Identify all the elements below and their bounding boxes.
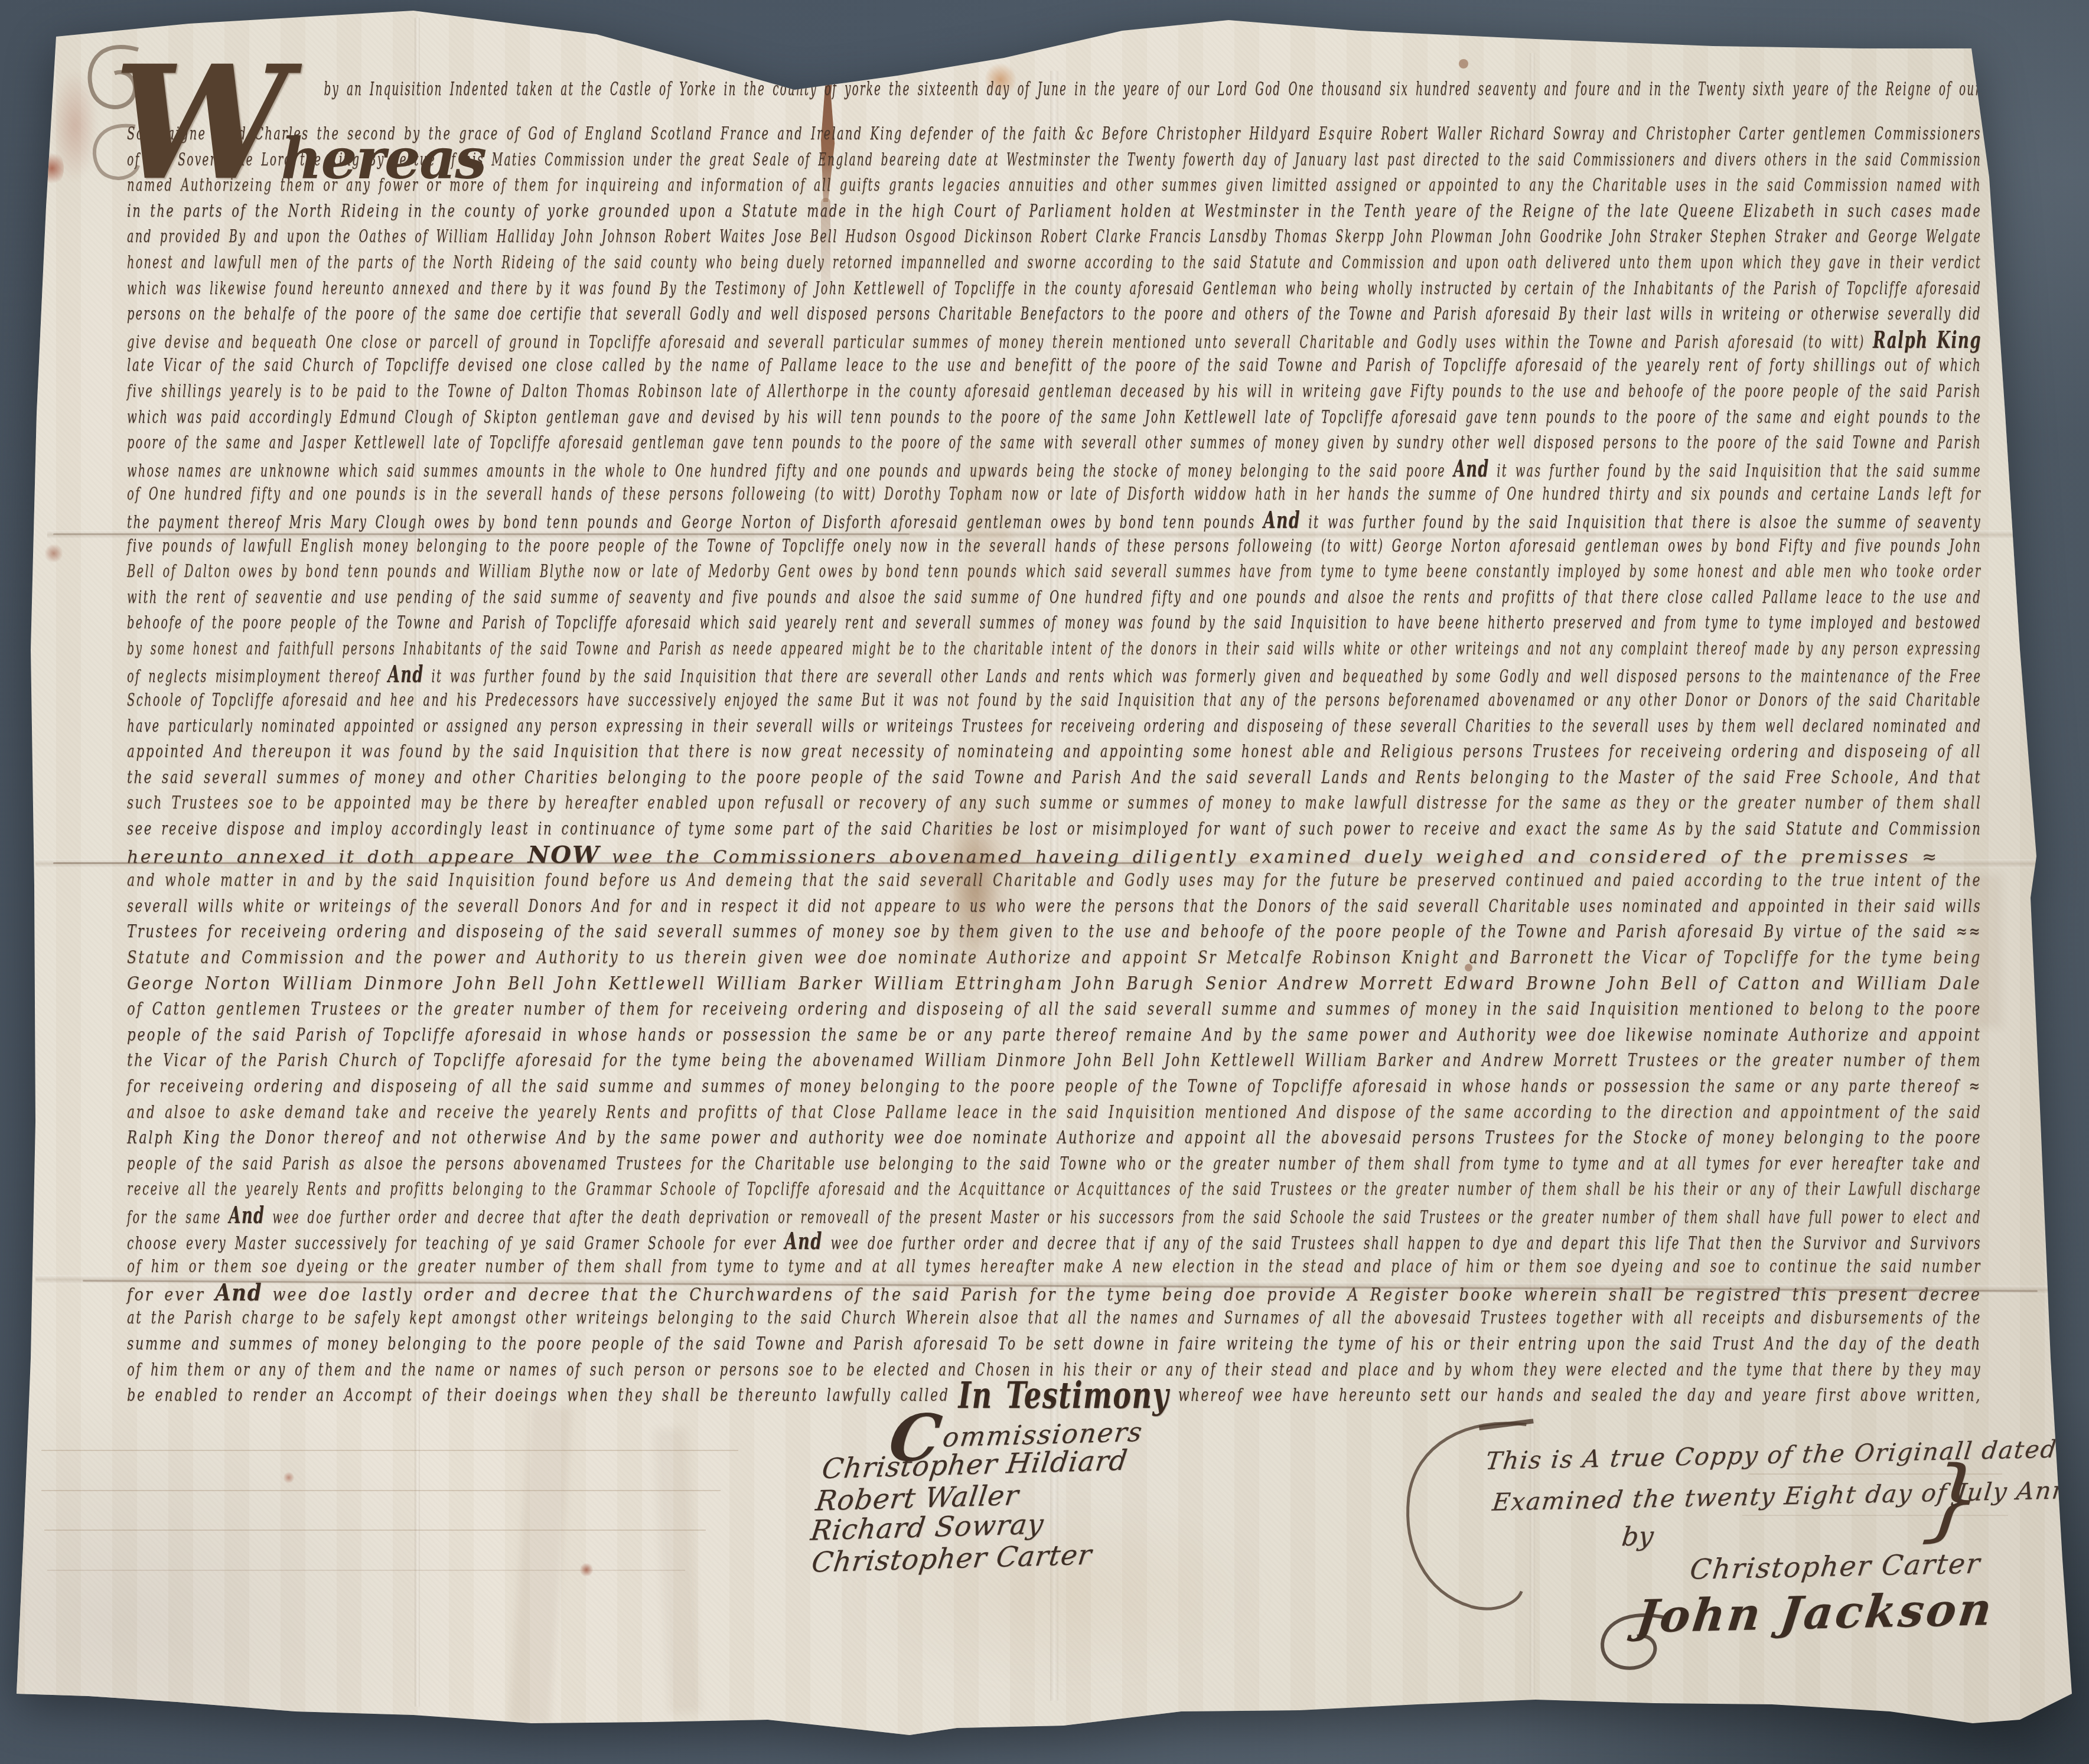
manuscript-text-segment: NOW <box>528 841 600 869</box>
manuscript-text-segment: Trustees for receiveing ordering and dis… <box>127 921 1982 942</box>
manuscript-line: such Trustees soe to be appointed may be… <box>127 790 1461 816</box>
manuscript-text-segment: it was further found by the said Inquisi… <box>424 666 1982 687</box>
manuscript-text-segment: Bell of Dalton owes by bond tenn pounds … <box>127 561 1982 582</box>
manuscript-text-segment: of him or them soe dyeing or the greater… <box>127 1256 1982 1277</box>
manuscript-text-segment: Ralph King the Donor thereof and not oth… <box>127 1127 1982 1148</box>
manuscript-text-segment: whose names are unknowne which said summ… <box>127 461 1453 481</box>
manuscript-line: the Vicar of the Parish Church of Topcli… <box>127 1048 1544 1074</box>
manuscript-line: severall wills white or writeings of the… <box>127 894 1448 920</box>
manuscript-text-segment: And <box>785 1227 823 1255</box>
manuscript-line: Schoole of Topcliffe aforesaid and hee a… <box>127 687 1337 713</box>
manuscript-text-segment: for ever <box>127 1284 215 1305</box>
manuscript-text-segment: give devise and bequeath One close or pa… <box>127 332 1873 353</box>
manuscript-text-segment: it was further found by the said Inquisi… <box>1489 461 1981 481</box>
manuscript-line: of him them or any of them and the name … <box>127 1357 1444 1383</box>
manuscript-text-segment: and alsoe to aske demand take and receiv… <box>127 1102 1982 1123</box>
manuscript-text-segment: and provided By and upon the Oathes of W… <box>127 226 1982 247</box>
examiner-signature-1: Christopher Carter <box>1688 1547 1983 1586</box>
manuscript-text-segment: And <box>388 660 424 688</box>
manuscript-line: Trustees for receiveing ordering and dis… <box>127 919 1534 945</box>
dark-fleck-1 <box>1459 59 1468 69</box>
manuscript-text-segment: in the parts of the North Rideing in the… <box>127 201 1982 221</box>
manuscript-line: be enabled to render an Accompt of their… <box>127 1382 1506 1408</box>
manuscript-text-segment: of neglects misimployment thereof <box>127 666 388 687</box>
certification-line-2: Examined the twenty Eight day of July An… <box>1491 1474 2089 1517</box>
manuscript-line: with the rent of seaventie and use pendi… <box>127 585 1337 611</box>
manuscript-text-segment: and whole matter in and by the said Inqu… <box>127 870 1982 891</box>
manuscript-text-segment: the said severall summes of money and ot… <box>127 767 1982 788</box>
manuscript-line: the said severall summes of money and ot… <box>127 765 1500 791</box>
manuscript-text-segment: honest and lawfull men of the parts of t… <box>127 252 1982 273</box>
photograph-of-parchment-deed: W hereas by an Inquisition Indented take… <box>0 0 2089 1764</box>
manuscript-text-segment: the payment thereof Mris Mary Clough owe… <box>127 512 1263 533</box>
manuscript-line: people of the said Parish as alsoe the p… <box>127 1151 1430 1177</box>
manuscript-text-segment: Schoole of Topcliffe aforesaid and hee a… <box>127 690 1982 710</box>
manuscript-text-segment: whereof wee have hereunto sett our hands… <box>1169 1385 1982 1406</box>
manuscript-text-segment: wee doe further order and decree that af… <box>265 1207 1981 1228</box>
ruled-guideline <box>41 1450 738 1451</box>
manuscript-line: Ralph King the Donor thereof and not oth… <box>127 1125 1524 1151</box>
manuscript-line: for the same And wee doe further order a… <box>127 1202 1325 1228</box>
manuscript-line: which was likewise found hereunto annexe… <box>127 276 1319 302</box>
manuscript-text-segment: Statute and Commission and the power and… <box>127 947 1982 968</box>
signature-name: Christopher Hildiard <box>820 1445 1129 1486</box>
manuscript-text-segment: receive all the yearely Rents and profit… <box>127 1179 1982 1199</box>
initial-word-rest: hereas <box>281 131 486 195</box>
dark-fleck-2 <box>1790 33 1797 40</box>
manuscript-line: George Norton William Dinmore John Bell … <box>127 971 1745 997</box>
certification-by-label: by <box>1620 1521 1655 1552</box>
manuscript-line: and alsoe to aske demand take and receiv… <box>127 1100 1490 1126</box>
manuscript-text-segment: wee doe lastly order and decree that the… <box>262 1284 1982 1305</box>
manuscript-line: Bell of Dalton owes by bond tenn pounds … <box>127 559 1332 585</box>
manuscript-line: honest and lawfull men of the parts of t… <box>127 250 1316 276</box>
manuscript-line: appointed And thereupon it was found by … <box>127 739 1461 765</box>
manuscript-line: give devise and bequeath One close or pa… <box>127 327 1344 353</box>
manuscript-text-segment: have particularly nominated appointed or… <box>127 716 1982 736</box>
manuscript-text-segment: at the Parish charge to be safely kept a… <box>127 1307 1982 1328</box>
manuscript-text-segment: by some honest and faithfull persons Inh… <box>127 638 1982 659</box>
manuscript-line: for ever And wee doe lastly order and de… <box>127 1280 1709 1306</box>
manuscript-text-segment: people of the said Parish of Topcliffe a… <box>127 1025 1982 1045</box>
parchment-document: W hereas by an Inquisition Indented take… <box>0 0 2089 1764</box>
manuscript-line: in the parts of the North Rideing in the… <box>127 198 1431 224</box>
manuscript-text-segment: five shillings yearely is to be paid to … <box>127 381 1982 402</box>
manuscript-line: of neglects misimployment thereof And it… <box>127 661 1322 687</box>
manuscript-line: summe and summes of money belonging to t… <box>127 1331 1505 1357</box>
manuscript-text-segment: for receiveing ordering and disposeing o… <box>127 1076 1982 1097</box>
manuscript-line: choose every Master successively for tea… <box>127 1228 1392 1254</box>
illuminated-initial-whereas: W hereas <box>113 27 485 195</box>
manuscript-line: by some honest and faithfull persons Inh… <box>127 636 1296 662</box>
manuscript-body: Soveraigne Lord Charles the second by th… <box>127 121 1982 1408</box>
manuscript-text-segment: late Vicar of the said Church of Topclif… <box>127 355 1982 376</box>
manuscript-line: receive all the yearely Rents and profit… <box>127 1176 1359 1202</box>
manuscript-line: of him or them soe dyeing or the greater… <box>127 1254 1470 1280</box>
manuscript-line: late Vicar of the said Church of Topclif… <box>127 353 1377 379</box>
manuscript-text-segment: which was likewise found hereunto annexe… <box>127 278 1982 299</box>
manuscript-line: for receiveing ordering and disposeing o… <box>127 1074 1509 1100</box>
manuscript-text-segment: poore of the same and Jasper Kettlewell … <box>127 432 1982 453</box>
manuscript-text-segment: hereunto annexed it doth appeare <box>127 847 528 868</box>
manuscript-text-segment: five pounds of lawfull English money bel… <box>127 536 1982 556</box>
manuscript-line: behoofe of the poore people of the Towne… <box>127 610 1329 636</box>
manuscript-text-segment: such Trustees soe to be appointed may be… <box>127 793 1982 813</box>
manuscript-text-segment: wee the Commissioners abovenamed haveing… <box>600 847 1939 868</box>
manuscript-line: see receive dispose and imploy according… <box>127 816 1453 842</box>
manuscript-line: have particularly nominated appointed or… <box>127 713 1347 739</box>
manuscript-text-segment: for the same <box>127 1207 229 1228</box>
parchment-streak <box>509 1404 572 1726</box>
manuscript-text-segment: the Vicar of the Parish Church of Topcli… <box>127 1050 1982 1071</box>
ruled-guideline <box>41 1490 721 1491</box>
red-stain-left-edge-3 <box>45 543 63 563</box>
manuscript-text-segment: wee doe further order and decree that if… <box>823 1233 1982 1254</box>
manuscript-text-segment: with the rent of seaventie and use pendi… <box>127 587 1982 608</box>
manuscript-text-segment: people of the said Parish as alsoe the p… <box>127 1153 1982 1174</box>
manuscript-line: which was paid accordingly Edmund Clough… <box>127 405 1334 431</box>
examiner-signature-2: John Jackson <box>1634 1583 1997 1643</box>
manuscript-line: five pounds of lawfull English money bel… <box>127 533 1354 559</box>
manuscript-line: persons on the behalfe of the poore of t… <box>127 301 1321 327</box>
manuscript-text-segment: persons on the behalfe of the poore of t… <box>127 304 1982 324</box>
manuscript-text-segment: And <box>215 1279 262 1306</box>
manuscript-text-segment: see receive dispose and imploy according… <box>127 819 1982 839</box>
manuscript-text-segment: be enabled to render an Accompt of their… <box>127 1385 959 1406</box>
manuscript-text-segment: which was paid accordingly Edmund Clough… <box>127 407 1982 428</box>
manuscript-text-segment: And <box>1263 506 1301 534</box>
certification-line-1: This is A true Coppy of the Originall da… <box>1484 1433 2089 1475</box>
manuscript-line: of Catton gentlemen Trustees or the grea… <box>127 996 1527 1022</box>
manuscript-line: people of the said Parish of Topcliffe a… <box>127 1022 1543 1048</box>
manuscript-text-segment: appointed And thereupon it was found by … <box>127 741 1982 762</box>
manuscript-text-segment: summe and summes of money belonging to t… <box>127 1333 1982 1354</box>
red-stain-left-edge-2 <box>28 267 44 285</box>
manuscript-line: Statute and Commission and the power and… <box>127 945 1606 971</box>
manuscript-line: hereunto annexed it doth appeare NOW wee… <box>127 842 1982 868</box>
manuscript-line: the payment thereof Mris Mary Clough owe… <box>127 507 1367 533</box>
parchment-streak <box>654 1429 701 1713</box>
manuscript-text-segment: And <box>1453 455 1490 482</box>
initial-flourish-icon <box>79 32 150 185</box>
manuscript-text-segment: Ralph King <box>1873 326 1982 354</box>
manuscript-line: of One hundred fifty and one pounds is i… <box>127 481 1340 507</box>
red-spot-bottom-center <box>580 1563 593 1577</box>
manuscript-line: poore of the same and Jasper Kettlewell … <box>127 430 1319 456</box>
manuscript-line: five shillings yearely is to be paid to … <box>127 379 1335 405</box>
manuscript-text-segment: choose every Master successively for tea… <box>127 1233 785 1254</box>
manuscript-line: and provided By and upon the Oathes of W… <box>127 224 1316 250</box>
red-spot-bottom-left <box>283 1472 294 1483</box>
parchment-shadow: W hereas by an Inquisition Indented take… <box>0 0 2089 1764</box>
manuscript-text-segment: of One hundred fifty and one pounds is i… <box>127 484 1982 504</box>
manuscript-line: at the Parish charge to be safely kept a… <box>127 1305 1450 1331</box>
manuscript-line: and whole matter in and by the said Inqu… <box>127 868 1491 894</box>
examiner-certification: This is A true Coppy of the Originall da… <box>1396 1405 2023 1760</box>
manuscript-text-segment: George Norton William Dinmore John Bell … <box>127 973 1982 994</box>
manuscript-text-segment: behoofe of the poore people of the Towne… <box>127 612 1982 633</box>
manuscript-text-segment: of Catton gentlemen Trustees or the grea… <box>127 999 1982 1019</box>
ruled-guideline <box>44 1530 706 1531</box>
manuscript-text-segment: severall wills white or writeings of the… <box>127 896 1982 917</box>
manuscript-line: whose names are unknowne which said summ… <box>127 456 1321 482</box>
manuscript-text-segment: it was further found by the said Inquisi… <box>1301 512 1982 533</box>
manuscript-text-segment: And <box>229 1201 265 1229</box>
